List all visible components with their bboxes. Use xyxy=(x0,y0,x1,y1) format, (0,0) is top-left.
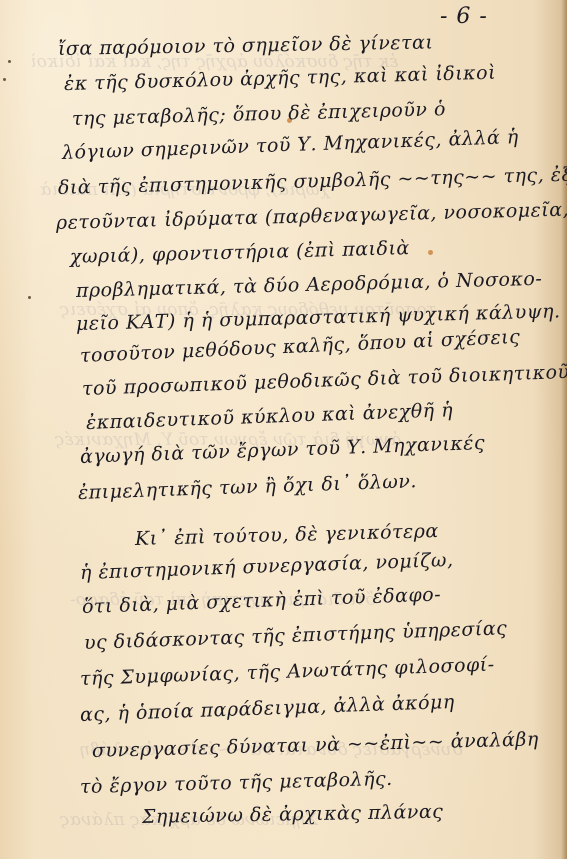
ink-stain xyxy=(428,250,433,255)
paper-speck xyxy=(8,60,11,63)
manuscript-page: ἐκ τῆς δυσκόλου ἀρχῆς της, καὶ καὶ ἰδικο… xyxy=(0,0,567,859)
manuscript-line: ἐκπαιδευτικοῦ κύκλου καὶ ἀνεχθῆ ἡ xyxy=(86,399,454,434)
manuscript-line: τοῦ προσωπικοῦ μεθοδικῶς διὰ τοῦ διοικητ… xyxy=(82,360,567,400)
manuscript-line: υς διδάσκοντας τῆς ἐπιστήμης ὑπηρεσίας xyxy=(84,617,508,654)
manuscript-line: ὅτι διὰ, μιὰ σχετικὴ ἐπὶ τοῦ ἐδαφο- xyxy=(82,583,442,618)
manuscript-line: της μεταβολῆς; ὅπου δὲ ἐπιχειροῦν ὁ xyxy=(72,98,446,130)
page-number: - 6 - xyxy=(440,4,488,29)
manuscript-line: προβληματικά, τὰ δύο Αεροδρόμια, ὁ Νοσοκ… xyxy=(76,268,543,302)
manuscript-line: χωριά), φροντιστήρια (ἐπὶ παιδιὰ xyxy=(70,237,410,268)
page-edge-shadow xyxy=(561,0,567,859)
manuscript-line: Σημειώνω δὲ ἀρχικὰς πλάνας xyxy=(142,801,444,828)
manuscript-line: Κι᾽ ἐπὶ τούτου, δὲ γενικότερα xyxy=(135,520,439,550)
manuscript-line: ἐπιμελητικῆς των ἢ ὄχι δι᾽ ὅλων. xyxy=(78,470,418,504)
manuscript-line: τῆς Συμφωνίας, τῆς Ανωτάτης φιλοσοφί- xyxy=(80,654,495,690)
paper-speck xyxy=(28,296,31,299)
manuscript-line: ας, ἡ ὁποία παράδειγμα, ἀλλὰ ἀκόμη xyxy=(80,691,455,726)
manuscript-line: τὸ ἔργον τοῦτο τῆς μεταβολῆς. xyxy=(80,768,393,798)
manuscript-line: ἡ ἐπιστημονική συνεργασία, νομίζω, xyxy=(80,549,454,584)
manuscript-line: ρετοῦνται ἰδρύματα (παρθεναγωγεῖα, νοσοκ… xyxy=(56,199,567,234)
manuscript-line: λόγιων σημερινῶν τοῦ Υ. Μηχανικές, ἀλλά … xyxy=(62,126,519,164)
paper-speck xyxy=(3,78,6,81)
